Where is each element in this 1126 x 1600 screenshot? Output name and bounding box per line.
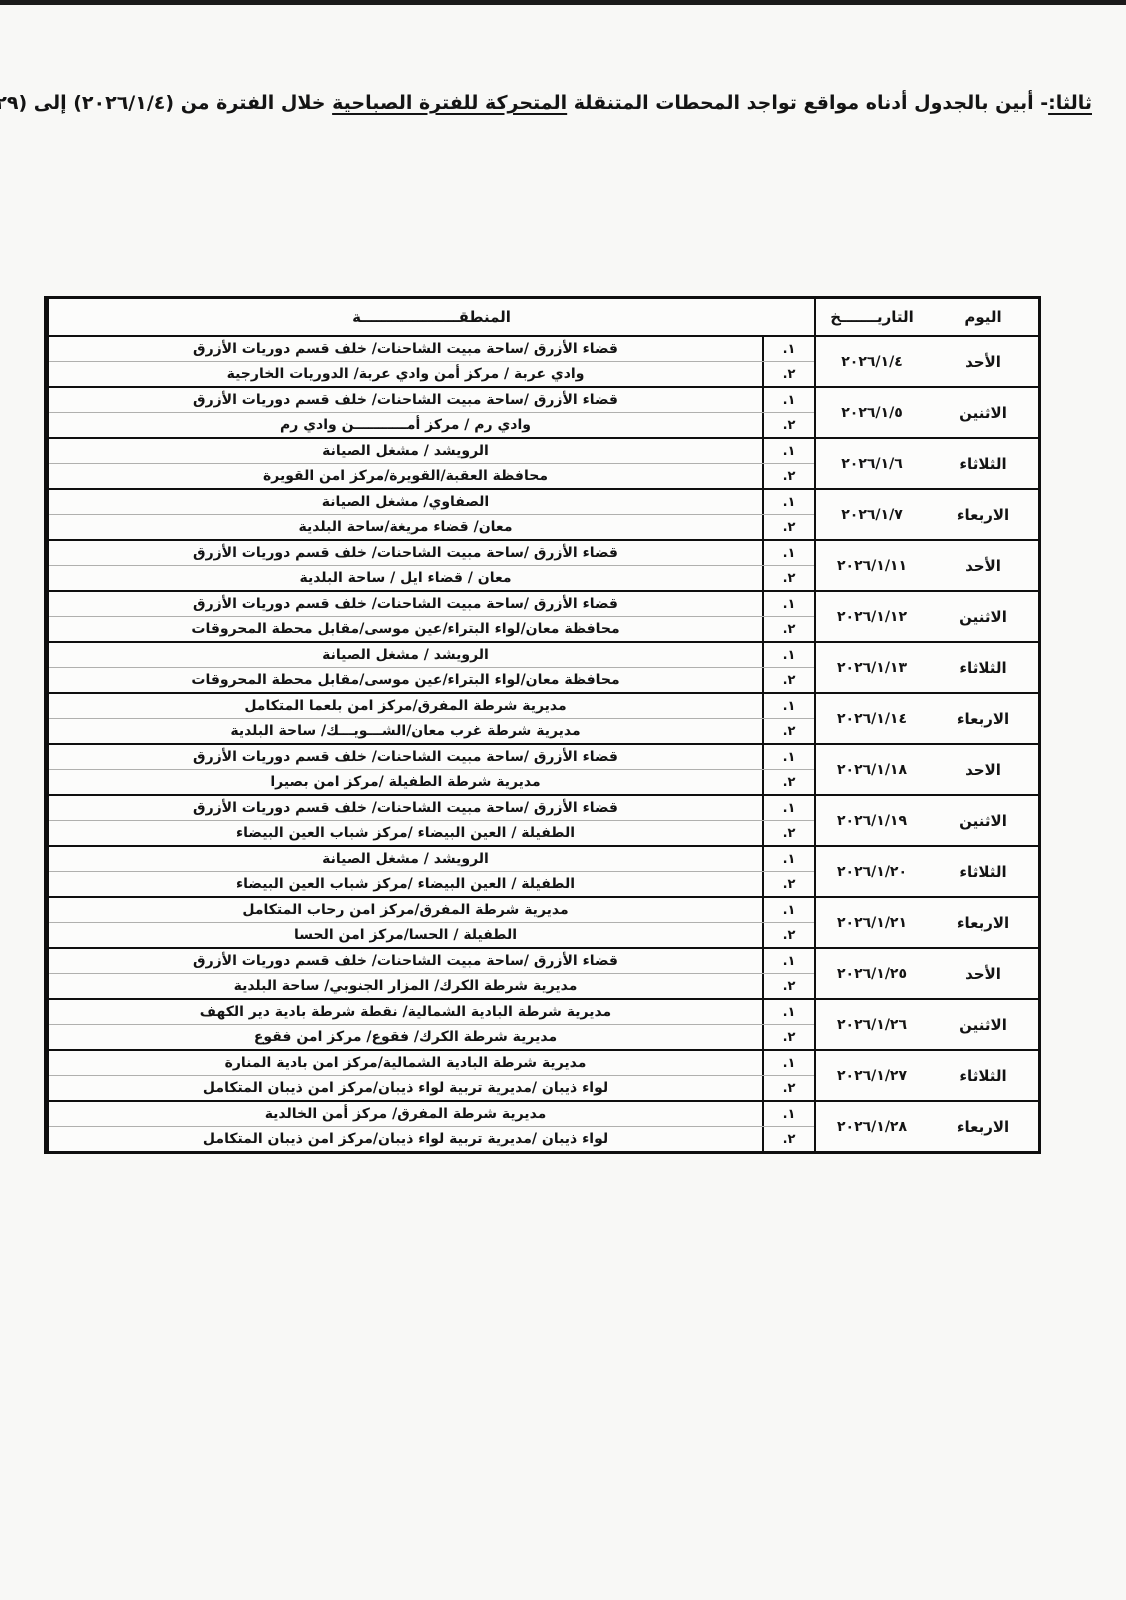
date-cell: ٢٠٢٦/١/٥ xyxy=(814,388,928,437)
table-row: الثلاثاء ٢٠٢٦/١/١٣ ١. الرويشد / مشغل الص… xyxy=(47,641,1038,692)
entry-text: الرويشد / مشغل الصيانة xyxy=(49,643,762,667)
date-cell: ٢٠٢٦/١/١٤ xyxy=(814,694,928,743)
date-cell: ٢٠٢٦/١/٦ xyxy=(814,439,928,488)
entry-text: الطفيلة / العين البيضاء /مركز شباب العين… xyxy=(49,821,762,845)
heading-underlined-phrase: المتحركة للفترة الصباحية xyxy=(332,92,567,114)
entry-text: محافظة معان/لواء البتراء/عين موسى/مقابل … xyxy=(49,617,762,641)
entry-number: ٢. xyxy=(762,1127,814,1151)
area-cell: ١. مديرية شرطة المفرق/مركز امن رحاب المت… xyxy=(47,898,814,947)
entry-text: مديرية شرطة البادية الشمالية/مركز امن با… xyxy=(49,1051,762,1075)
table-row: الاثنين ٢٠٢٦/١/١٢ ١. قضاء الأزرق /ساحة م… xyxy=(47,590,1038,641)
locations-table: اليوم التاريـــــــخ المنطقـــــــــــــ… xyxy=(44,296,1041,1154)
date-cell: ٢٠٢٦/١/١٢ xyxy=(814,592,928,641)
entry-number: ٢. xyxy=(762,719,814,743)
scan-edge-bar xyxy=(0,0,1126,5)
date-cell: ٢٠٢٦/١/١١ xyxy=(814,541,928,590)
entry-text: قضاء الأزرق /ساحة مبيت الشاحنات/ خلف قسم… xyxy=(49,337,762,361)
entry-row: ٢. مديرية شرطة الكرك/ المزار الجنوبي/ سا… xyxy=(49,973,814,998)
table-row: الاربعاء ٢٠٢٦/١/٢١ ١. مديرية شرطة المفرق… xyxy=(47,896,1038,947)
table-row: الاربعاء ٢٠٢٦/١/٢٨ ١. مديرية شرطة المفرق… xyxy=(47,1100,1038,1151)
table-row: الأحد ٢٠٢٦/١/١١ ١. قضاء الأزرق /ساحة مبي… xyxy=(47,539,1038,590)
entry-row: ٢. محافظة معان/لواء البتراء/عين موسى/مقا… xyxy=(49,667,814,692)
area-cell: ١. الرويشد / مشغل الصيانة ٢. الطفيلة / ا… xyxy=(47,847,814,896)
entry-row: ١. الرويشد / مشغل الصيانة xyxy=(49,643,814,667)
entry-text: مديرية شرطة الطفيلة /مركز امن بصيرا xyxy=(49,770,762,794)
date-cell: ٢٠٢٦/١/١٣ xyxy=(814,643,928,692)
table-row: الاثنين ٢٠٢٦/١/٥ ١. قضاء الأزرق /ساحة مب… xyxy=(47,386,1038,437)
entry-number: ٢. xyxy=(762,1025,814,1049)
entry-row: ١. قضاء الأزرق /ساحة مبيت الشاحنات/ خلف … xyxy=(49,949,814,973)
date-cell: ٢٠٢٦/١/٢٦ xyxy=(814,1000,928,1049)
area-cell: ١. مديرية شرطة المفرق/مركز امن بلعما الم… xyxy=(47,694,814,743)
entry-row: ٢. الطفيلة / الحسا/مركز امن الحسا xyxy=(49,922,814,947)
entry-text: قضاء الأزرق /ساحة مبيت الشاحنات/ خلف قسم… xyxy=(49,592,762,616)
day-cell: الاثنين xyxy=(928,388,1038,437)
date-cell: ٢٠٢٦/١/١٩ xyxy=(814,796,928,845)
entry-text: معان/ قضاء مريغة/ساحة البلدية xyxy=(49,515,762,539)
entry-text: قضاء الأزرق /ساحة مبيت الشاحنات/ خلف قسم… xyxy=(49,388,762,412)
entry-number: ١. xyxy=(762,796,814,820)
entry-row: ٢. معان / قضاء ايل / ساحة البلدية xyxy=(49,565,814,590)
entry-number: ٢. xyxy=(762,515,814,539)
table-row: الاحد ٢٠٢٦/١/١٨ ١. قضاء الأزرق /ساحة مبي… xyxy=(47,743,1038,794)
table-row: الاثنين ٢٠٢٦/١/١٩ ١. قضاء الأزرق /ساحة م… xyxy=(47,794,1038,845)
table-row: الثلاثاء ٢٠٢٦/١/٦ ١. الرويشد / مشغل الصي… xyxy=(47,437,1038,488)
entry-row: ٢. وادي عربة / مركز أمن وادي عربة/ الدور… xyxy=(49,361,814,386)
entry-row: ١. مديرية شرطة البادية الشمالية/ نقطة شر… xyxy=(49,1000,814,1024)
table-row: الاثنين ٢٠٢٦/١/٢٦ ١. مديرية شرطة البادية… xyxy=(47,998,1038,1049)
entry-row: ٢. مديرية شرطة غرب معان/الشـــويـــك/ سا… xyxy=(49,718,814,743)
entry-number: ١. xyxy=(762,1000,814,1024)
entry-number: ٢. xyxy=(762,413,814,437)
table-body: الأحد ٢٠٢٦/١/٤ ١. قضاء الأزرق /ساحة مبيت… xyxy=(47,337,1038,1151)
entry-text: لواء ذيبان /مديرية تربية لواء ذيبان/مركز… xyxy=(49,1127,762,1151)
entry-text: قضاء الأزرق /ساحة مبيت الشاحنات/ خلف قسم… xyxy=(49,541,762,565)
entry-row: ٢. لواء ذيبان /مديرية تربية لواء ذيبان/م… xyxy=(49,1126,814,1151)
entry-row: ١. قضاء الأزرق /ساحة مبيت الشاحنات/ خلف … xyxy=(49,337,814,361)
entry-number: ٢. xyxy=(762,668,814,692)
entry-text: قضاء الأزرق /ساحة مبيت الشاحنات/ خلف قسم… xyxy=(49,745,762,769)
entry-row: ٢. الطفيلة / العين البيضاء /مركز شباب ال… xyxy=(49,820,814,845)
entry-number: ٢. xyxy=(762,974,814,998)
entry-row: ١. قضاء الأزرق /ساحة مبيت الشاحنات/ خلف … xyxy=(49,592,814,616)
header-day: اليوم xyxy=(928,299,1038,335)
day-cell: الاحد xyxy=(928,745,1038,794)
date-cell: ٢٠٢٦/١/٢٧ xyxy=(814,1051,928,1100)
day-cell: الاربعاء xyxy=(928,898,1038,947)
header-area: المنطقـــــــــــــــــــة xyxy=(47,299,814,335)
entry-row: ٢. محافظة معان/لواء البتراء/عين موسى/مقا… xyxy=(49,616,814,641)
day-cell: الاربعاء xyxy=(928,694,1038,743)
area-cell: ١. الرويشد / مشغل الصيانة ٢. محافظة معان… xyxy=(47,643,814,692)
entry-row: ٢. معان/ قضاء مريغة/ساحة البلدية xyxy=(49,514,814,539)
day-cell: الاربعاء xyxy=(928,490,1038,539)
entry-row: ٢. لواء ذيبان /مديرية تربية لواء ذيبان/م… xyxy=(49,1075,814,1100)
day-cell: الثلاثاء xyxy=(928,439,1038,488)
entry-number: ٢. xyxy=(762,770,814,794)
entry-number: ١. xyxy=(762,439,814,463)
entry-number: ١. xyxy=(762,490,814,514)
entry-text: الرويشد / مشغل الصيانة xyxy=(49,439,762,463)
entry-row: ١. قضاء الأزرق /ساحة مبيت الشاحنات/ خلف … xyxy=(49,745,814,769)
date-cell: ٢٠٢٦/١/٢١ xyxy=(814,898,928,947)
area-cell: ١. قضاء الأزرق /ساحة مبيت الشاحنات/ خلف … xyxy=(47,541,814,590)
table-row: الاربعاء ٢٠٢٦/١/١٤ ١. مديرية شرطة المفرق… xyxy=(47,692,1038,743)
entry-row: ١. الرويشد / مشغل الصيانة xyxy=(49,847,814,871)
entry-number: ١. xyxy=(762,694,814,718)
entry-text: الطفيلة / الحسا/مركز امن الحسا xyxy=(49,923,762,947)
entry-number: ٢. xyxy=(762,617,814,641)
entry-number: ١. xyxy=(762,388,814,412)
entry-row: ١. الرويشد / مشغل الصيانة xyxy=(49,439,814,463)
date-cell: ٢٠٢٦/١/٤ xyxy=(814,337,928,386)
entry-row: ١. مديرية شرطة المفرق/مركز امن رحاب المت… xyxy=(49,898,814,922)
entry-row: ١. قضاء الأزرق /ساحة مبيت الشاحنات/ خلف … xyxy=(49,796,814,820)
day-cell: الاثنين xyxy=(928,1000,1038,1049)
day-cell: الاثنين xyxy=(928,796,1038,845)
entry-text: مديرية شرطة غرب معان/الشـــويـــك/ ساحة … xyxy=(49,719,762,743)
entry-number: ١. xyxy=(762,643,814,667)
entry-number: ٢. xyxy=(762,566,814,590)
entry-row: ٢. وادي رم / مركز أمـــــــــــن وادي رم xyxy=(49,412,814,437)
entry-text: وادي رم / مركز أمـــــــــــن وادي رم xyxy=(49,413,762,437)
entry-text: مديرية شرطة المفرق/مركز امن رحاب المتكام… xyxy=(49,898,762,922)
table-row: الأحد ٢٠٢٦/١/٢٥ ١. قضاء الأزرق /ساحة مبي… xyxy=(47,947,1038,998)
entry-number: ١. xyxy=(762,745,814,769)
entry-row: ١. قضاء الأزرق /ساحة مبيت الشاحنات/ خلف … xyxy=(49,388,814,412)
area-cell: ١. قضاء الأزرق /ساحة مبيت الشاحنات/ خلف … xyxy=(47,337,814,386)
date-cell: ٢٠٢٦/١/٧ xyxy=(814,490,928,539)
entry-text: لواء ذيبان /مديرية تربية لواء ذيبان/مركز… xyxy=(49,1076,762,1100)
entry-text: الرويشد / مشغل الصيانة xyxy=(49,847,762,871)
entry-number: ١. xyxy=(762,541,814,565)
area-cell: ١. الرويشد / مشغل الصيانة ٢. محافظة العق… xyxy=(47,439,814,488)
entry-number: ٢. xyxy=(762,872,814,896)
area-cell: ١. قضاء الأزرق /ساحة مبيت الشاحنات/ خلف … xyxy=(47,745,814,794)
heading-text: - أبين بالجدول أدناه مواقع تواجد المحطات… xyxy=(567,92,1048,114)
entry-row: ١. الصفاوي/ مشغل الصيانة xyxy=(49,490,814,514)
table-header-row: اليوم التاريـــــــخ المنطقـــــــــــــ… xyxy=(47,299,1038,337)
table-row: الثلاثاء ٢٠٢٦/١/٢٧ ١. مديرية شرطة البادي… xyxy=(47,1049,1038,1100)
area-cell: ١. الصفاوي/ مشغل الصيانة ٢. معان/ قضاء م… xyxy=(47,490,814,539)
area-cell: ١. قضاء الأزرق /ساحة مبيت الشاحنات/ خلف … xyxy=(47,796,814,845)
entry-text: الطفيلة / العين البيضاء /مركز شباب العين… xyxy=(49,872,762,896)
entry-number: ٢. xyxy=(762,821,814,845)
entry-row: ٢. الطفيلة / العين البيضاء /مركز شباب ال… xyxy=(49,871,814,896)
entry-text: مديرية شرطة البادية الشمالية/ نقطة شرطة … xyxy=(49,1000,762,1024)
entry-number: ١. xyxy=(762,949,814,973)
entry-text: محافظة معان/لواء البتراء/عين موسى/مقابل … xyxy=(49,668,762,692)
entry-text: مديرية شرطة المفرق/مركز امن بلعما المتكا… xyxy=(49,694,762,718)
entry-text: محافظة العقبة/القويرة/مركز امن القويرة xyxy=(49,464,762,488)
entry-text: الصفاوي/ مشغل الصيانة xyxy=(49,490,762,514)
entry-number: ١. xyxy=(762,592,814,616)
day-cell: الاربعاء xyxy=(928,1102,1038,1151)
entry-row: ١. مديرية شرطة البادية الشمالية/مركز امن… xyxy=(49,1051,814,1075)
heading-period-range: خلال الفترة من (٢٠٢٦/١/٤) إلى (٢٠٢٦/١/٢٩… xyxy=(0,92,332,114)
table-row: الثلاثاء ٢٠٢٦/١/٢٠ ١. الرويشد / مشغل الص… xyxy=(47,845,1038,896)
scanned-document-page: { "colors": { "paper": "#f8f8f6", "ink":… xyxy=(0,0,1126,1600)
entry-text: مديرية شرطة الكرك/ المزار الجنوبي/ ساحة … xyxy=(49,974,762,998)
area-cell: ١. قضاء الأزرق /ساحة مبيت الشاحنات/ خلف … xyxy=(47,949,814,998)
entry-text: معان / قضاء ايل / ساحة البلدية xyxy=(49,566,762,590)
day-cell: الثلاثاء xyxy=(928,847,1038,896)
area-cell: ١. مديرية شرطة المفرق/ مركز أمن الخالدية… xyxy=(47,1102,814,1151)
entry-text: وادي عربة / مركز أمن وادي عربة/ الدوريات… xyxy=(49,362,762,386)
day-cell: الأحد xyxy=(928,541,1038,590)
entry-number: ٢. xyxy=(762,362,814,386)
entry-text: مديرية شرطة المفرق/ مركز أمن الخالدية xyxy=(49,1102,762,1126)
entry-number: ١. xyxy=(762,847,814,871)
table-row: الاربعاء ٢٠٢٦/١/٧ ١. الصفاوي/ مشغل الصيا… xyxy=(47,488,1038,539)
area-cell: ١. مديرية شرطة البادية الشمالية/ نقطة شر… xyxy=(47,1000,814,1049)
heading-ordinal: ثالثا: xyxy=(1048,92,1092,114)
entry-number: ٢. xyxy=(762,1076,814,1100)
date-cell: ٢٠٢٦/١/٢٠ xyxy=(814,847,928,896)
entry-text: مديرية شرطة الكرك/ فقوع/ مركز امن فقوع xyxy=(49,1025,762,1049)
entry-number: ٢. xyxy=(762,923,814,947)
entry-number: ٢. xyxy=(762,464,814,488)
entry-row: ٢. مديرية شرطة الكرك/ فقوع/ مركز امن فقو… xyxy=(49,1024,814,1049)
entry-number: ١. xyxy=(762,1102,814,1126)
entry-number: ١. xyxy=(762,1051,814,1075)
day-cell: الاثنين xyxy=(928,592,1038,641)
date-cell: ٢٠٢٦/١/٢٥ xyxy=(814,949,928,998)
day-cell: الثلاثاء xyxy=(928,1051,1038,1100)
entry-row: ٢. محافظة العقبة/القويرة/مركز امن القوير… xyxy=(49,463,814,488)
day-cell: الأحد xyxy=(928,949,1038,998)
table-row: الأحد ٢٠٢٦/١/٤ ١. قضاء الأزرق /ساحة مبيت… xyxy=(47,337,1038,386)
entry-text: قضاء الأزرق /ساحة مبيت الشاحنات/ خلف قسم… xyxy=(49,949,762,973)
entry-number: ١. xyxy=(762,898,814,922)
date-cell: ٢٠٢٦/١/١٨ xyxy=(814,745,928,794)
entry-row: ١. مديرية شرطة المفرق/مركز امن بلعما الم… xyxy=(49,694,814,718)
area-cell: ١. مديرية شرطة البادية الشمالية/مركز امن… xyxy=(47,1051,814,1100)
entry-number: ١. xyxy=(762,337,814,361)
entry-row: ١. قضاء الأزرق /ساحة مبيت الشاحنات/ خلف … xyxy=(49,541,814,565)
day-cell: الأحد xyxy=(928,337,1038,386)
area-cell: ١. قضاء الأزرق /ساحة مبيت الشاحنات/ خلف … xyxy=(47,388,814,437)
section-heading: ثالثا:- أبين بالجدول أدناه مواقع تواجد ا… xyxy=(30,89,1092,118)
header-date: التاريـــــــخ xyxy=(814,299,928,335)
day-cell: الثلاثاء xyxy=(928,643,1038,692)
entry-text: قضاء الأزرق /ساحة مبيت الشاحنات/ خلف قسم… xyxy=(49,796,762,820)
area-cell: ١. قضاء الأزرق /ساحة مبيت الشاحنات/ خلف … xyxy=(47,592,814,641)
entry-row: ٢. مديرية شرطة الطفيلة /مركز امن بصيرا xyxy=(49,769,814,794)
entry-row: ١. مديرية شرطة المفرق/ مركز أمن الخالدية xyxy=(49,1102,814,1126)
date-cell: ٢٠٢٦/١/٢٨ xyxy=(814,1102,928,1151)
